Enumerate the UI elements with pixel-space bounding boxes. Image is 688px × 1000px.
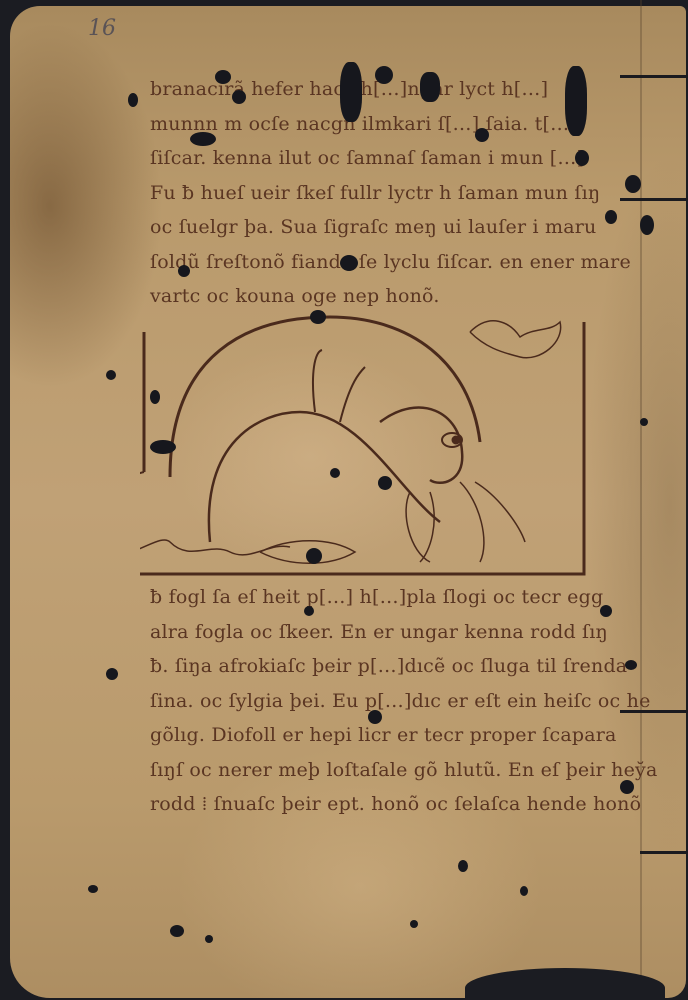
page-fold-line bbox=[640, 0, 642, 1000]
text-line: oc ſuelgr þa. Sua ſigraſc meŋ ui̇ lauſer… bbox=[150, 210, 620, 245]
text-line: gõlıg. Diofoll er hepi licr er tecr prop… bbox=[150, 718, 620, 753]
text-line: ƀ fogl ſa eſ heit p[…] h[…]pla ſlogi oc … bbox=[150, 580, 620, 615]
text-line: ſina. oc ſylgia þei. Eu p[…]dıc er eſt e… bbox=[150, 684, 620, 719]
text-line: Fu ƀ hueſ ueir ſkeſ fullr lyctr h ſaman … bbox=[150, 176, 620, 211]
text-line: ſoldũ ſreſtonõ fianda ſe lyclu ſiſcar. e… bbox=[150, 245, 620, 280]
upper-text-block: branacirã hefer hacȝ h[…]ngar lyct h[…] … bbox=[150, 72, 620, 314]
text-line: ƀ. ſiŋa afrokiaſc þeir p[…]dıcẽ oc ſluga… bbox=[150, 649, 620, 684]
lower-text-block: ƀ fogl ſa eſ heit p[…] h[…]pla ſlogi oc … bbox=[150, 580, 620, 822]
manuscript-leaf: 16 branacirã hefer hacȝ h[…]ngar lyct h[… bbox=[0, 0, 688, 1000]
text-line: ſiſcar. kenna ilut oc ſamnaſ ſaman i mun… bbox=[150, 141, 620, 176]
text-line: vartc oc kouna oge nep honõ. bbox=[150, 279, 620, 314]
text-line: rodd ⁞ ſnuaſc þeir ept. honõ oc ſelaſca … bbox=[150, 787, 620, 822]
folio-number: 16 bbox=[88, 16, 116, 41]
text-line: munnn m ocſe nacgn ilmkari ſ[…] ſaia. t[… bbox=[150, 107, 620, 142]
whale-illustration bbox=[140, 312, 588, 578]
text-line: ſıŋſ oc nerer meþ loſtaſale gõ hlutũ. En… bbox=[150, 753, 620, 788]
text-line: alra fogla oc ſkeer. En er ungar kenna r… bbox=[150, 615, 620, 650]
